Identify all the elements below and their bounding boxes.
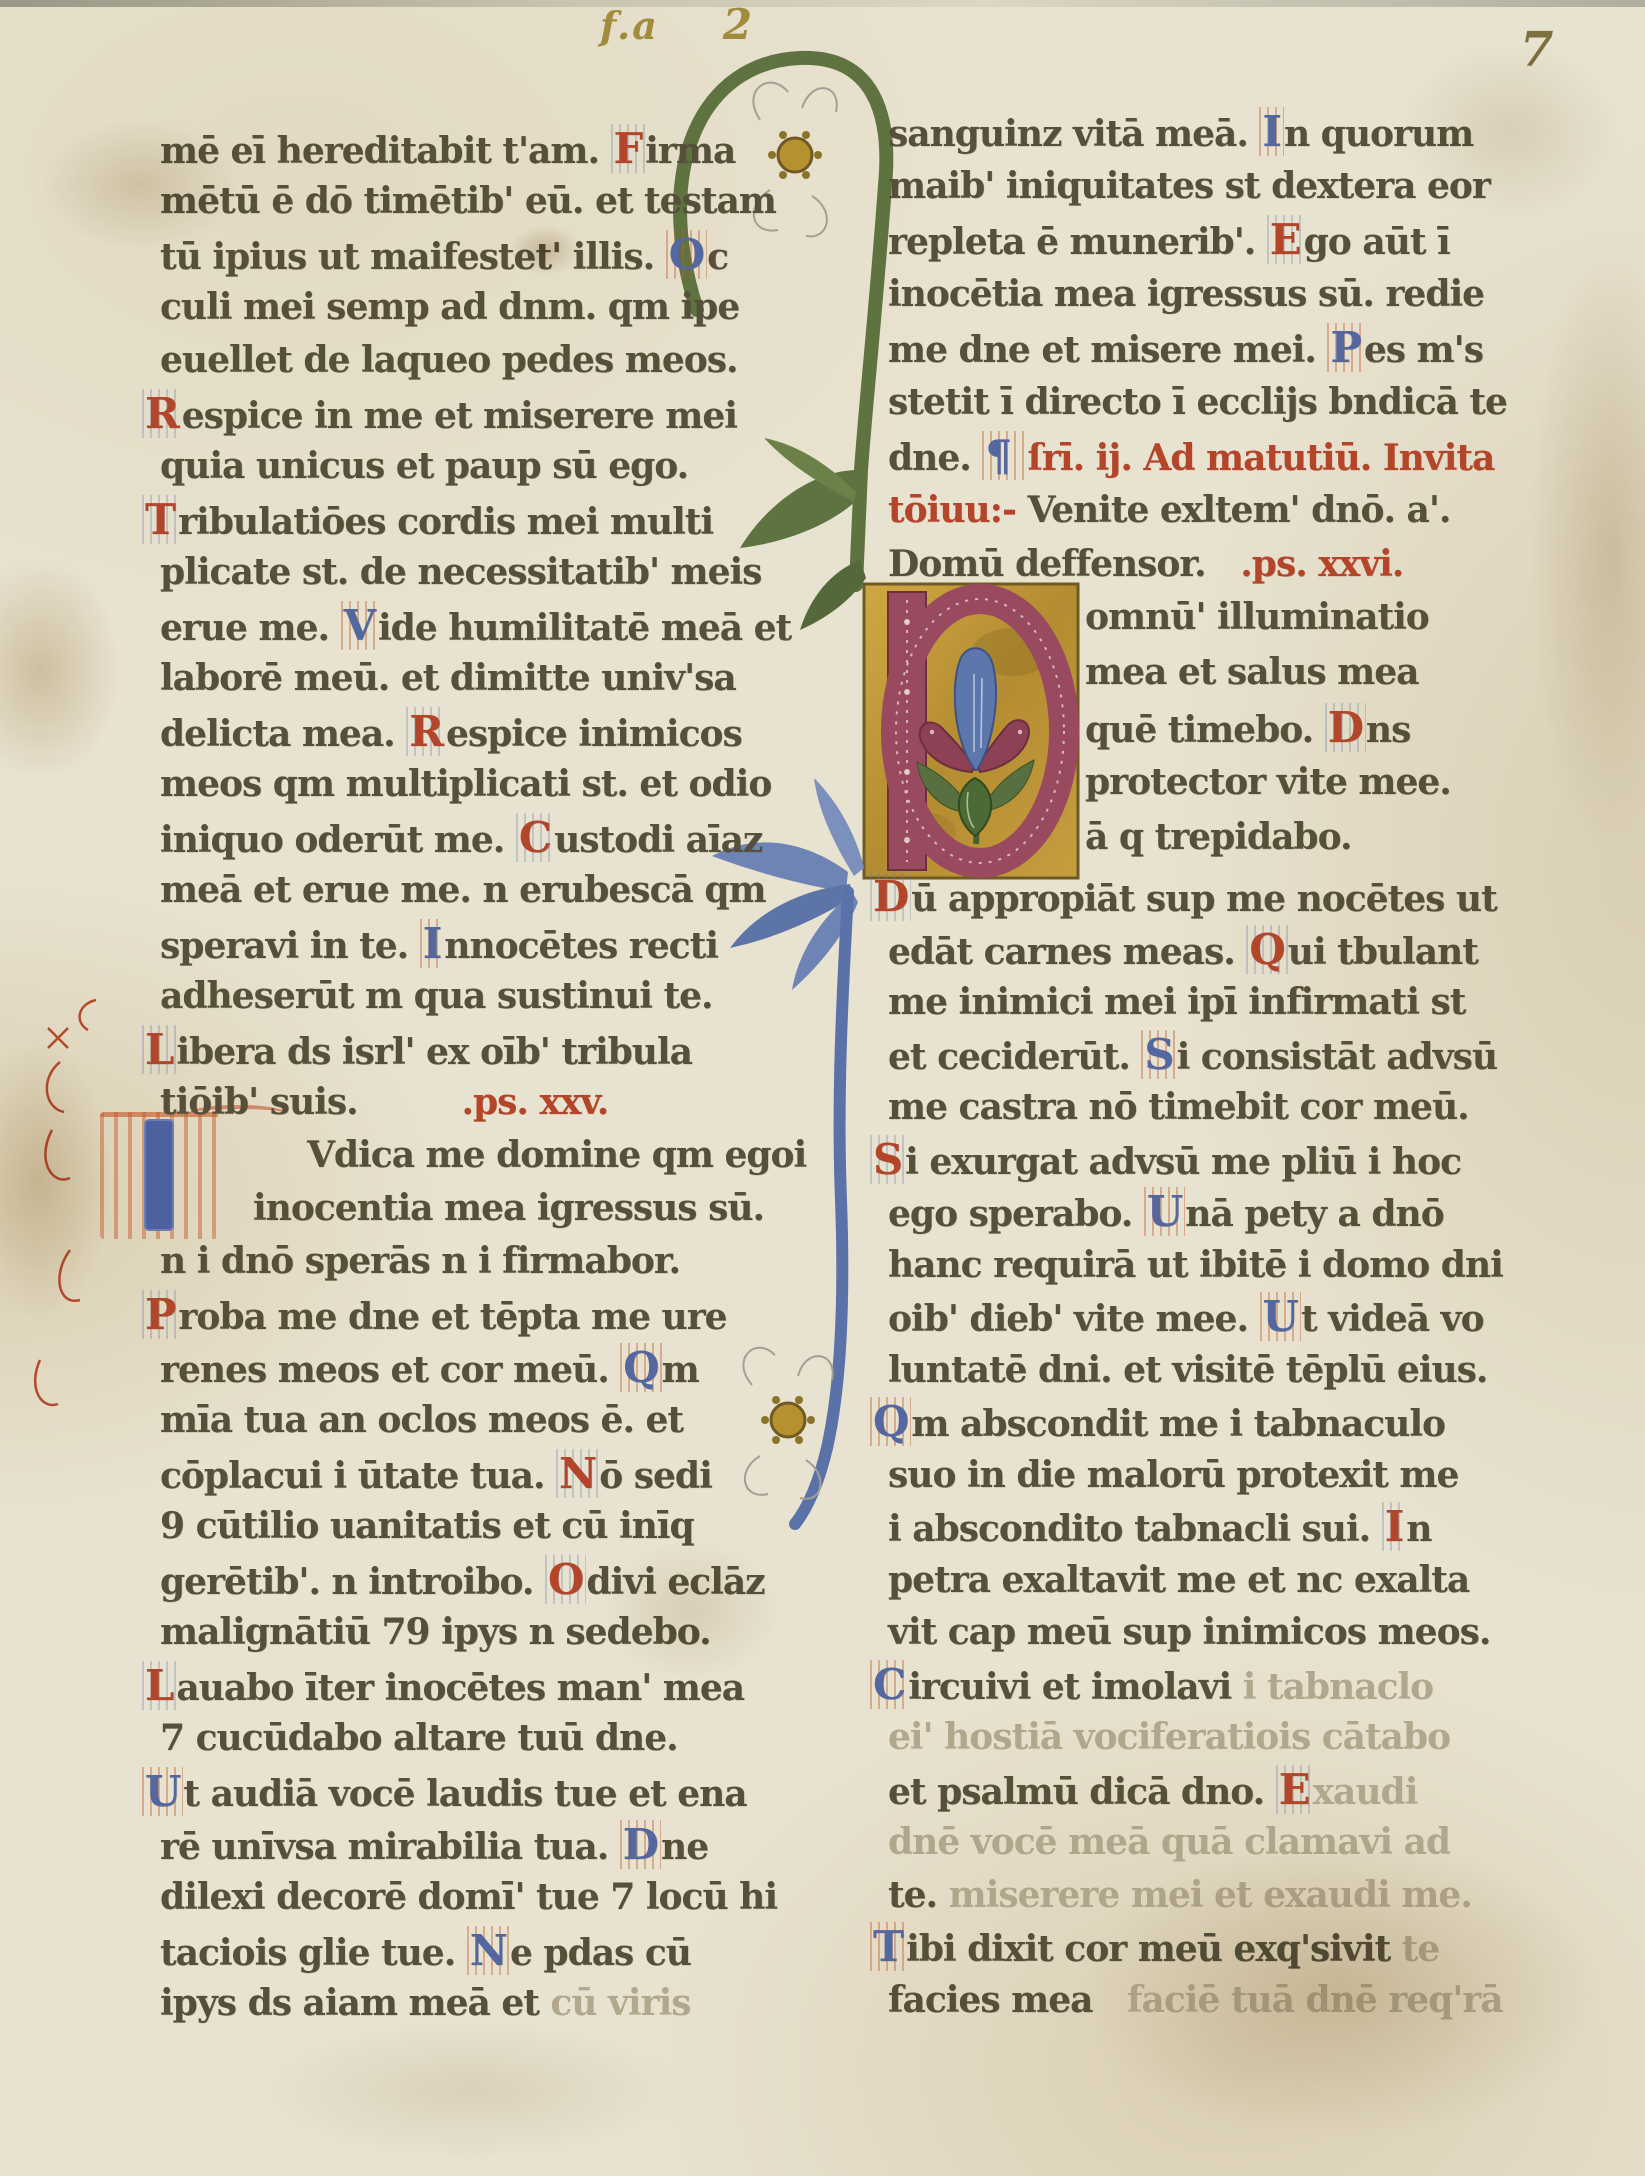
text-line: et psalmū dicā dno. Exaudi [888, 1764, 1558, 1817]
text-segment: maib' iniquitates st dextera eor [888, 165, 1490, 207]
decorated-initial: U [1260, 1292, 1301, 1341]
decorated-initial: N [467, 1926, 510, 1975]
text-segment: ircuivi et imolavi [908, 1666, 1243, 1708]
text-segment: te [1402, 1928, 1440, 1970]
text-segment: laborē meū. et dimitte univ'sa [160, 657, 736, 699]
text-segment: quē timebo. [1085, 709, 1325, 751]
decorated-initial: D [620, 1820, 661, 1869]
text-line: quē timebo. Dns [1085, 700, 1555, 755]
text-segment: ego sperabo. [888, 1193, 1144, 1235]
text-segment: ne [661, 1826, 708, 1868]
text-segment: ibi dixit cor meū exq'sivit [906, 1928, 1402, 1970]
text-segment: 9 cūtilio uanitatis et cū inīq [160, 1505, 694, 1547]
text-segment: nā pety a dnō [1185, 1193, 1443, 1235]
text-segment: cōplacui i ūtate tua. [160, 1455, 556, 1497]
decorated-initial: U [142, 1767, 183, 1816]
text-line: maib' iniquitates st dextera eor [888, 159, 1558, 213]
text-segment: n quorum [1284, 113, 1473, 155]
text-segment: n i dnō sperās n i firmabor. [160, 1240, 680, 1282]
text-segment: xaudi [1313, 1771, 1418, 1813]
text-line: Si exurgat advsū me pliū i hoc [888, 1134, 1558, 1187]
text-segment: te. [888, 1874, 949, 1916]
inscription-mark: f.a [600, 3, 659, 48]
text-segment: malignātiū 79 ipys n sedebo. [160, 1611, 711, 1653]
text-segment: tiōib' suis. [160, 1081, 461, 1123]
text-line: quia unicus et paup sū ego. [160, 440, 820, 493]
text-segment: mīa tua an oclos meos ē. et [160, 1399, 683, 1441]
text-line: mē eī hereditabit t'am. Firma [160, 122, 820, 175]
rubric-text: .ps. xxvi. [1240, 543, 1403, 585]
text-line: meos qm multiplicati st. et odio [160, 758, 820, 811]
text-segment: t videā vo [1301, 1298, 1484, 1340]
text-segment: delicta mea. [160, 713, 406, 755]
text-line: Domū deffensor. .ps. xxvi. [888, 537, 1558, 591]
text-line: petra exaltavit me et nc exalta [888, 1554, 1558, 1607]
text-segment: ns [1366, 709, 1410, 751]
text-line: mētū ē dō timētib' eū. et testam [160, 175, 820, 228]
text-line: iniquo oderūt me. Custodi aīaz [160, 811, 820, 864]
text-segment: espice inimicos [446, 713, 742, 755]
text-segment: es m's [1364, 329, 1483, 371]
text-line: gerētib'. n introibo. Odivi eclāz [160, 1553, 820, 1606]
text-line: Ut audiā vocē laudis tue et ena [160, 1765, 820, 1818]
text-segment: taciois glie tue. [160, 1932, 467, 1974]
text-segment: ō sedi [599, 1455, 712, 1497]
decorated-initial: D [1325, 703, 1366, 752]
text-line: i abscondito tabnacli sui. In [888, 1501, 1558, 1554]
text-segment: m [662, 1349, 699, 1391]
text-line: me castra nō timebit cor meū. [888, 1081, 1558, 1134]
left-text-column: mē eī hereditabit t'am. Firmamētū ē dō t… [160, 122, 820, 2030]
text-segment: meā et erue me. n erubescā qm [160, 869, 766, 911]
text-segment: 7 cucūdabo altare tuū dne. [160, 1717, 678, 1759]
text-line: delicta mea. Respice inimicos [160, 705, 820, 758]
text-segment: suo in die malorū protexit me [888, 1454, 1458, 1496]
text-segment: iniquo oderūt me. [160, 819, 516, 861]
text-line: rē unīvsa mirabilia tua. Dne [160, 1818, 820, 1871]
text-line: Vdica me domine qm egoi [160, 1129, 820, 1182]
text-line: tōiuu:- Venite exltem' dnō. a'. [888, 483, 1558, 537]
text-line: plicate st. de necessitatib' meis [160, 546, 820, 599]
text-segment: ā q trepidabo. [1085, 816, 1352, 858]
text-segment: Venite exltem' dnō. a'. [1027, 489, 1450, 531]
decorated-initial: R [142, 389, 182, 438]
text-segment: mētū ē dō timētib' eū. et testam [160, 180, 776, 222]
text-segment: rē unīvsa mirabilia tua. [160, 1826, 620, 1868]
decorated-initial: C [516, 813, 554, 862]
text-line: Qm abscondit me i tabnaculo [888, 1396, 1558, 1449]
text-segment: auabo īter inocētes man' mea [176, 1667, 744, 1709]
text-segment: hanc requirā ut ibitē i domo dni [888, 1244, 1503, 1286]
text-segment: dne. [888, 437, 982, 479]
text-segment: et psalmū dicā dno. [888, 1771, 1276, 1813]
text-segment: ū appropiāt sup me nocētes ut [911, 878, 1497, 920]
text-line: suo in die malorū protexit me [888, 1449, 1558, 1502]
text-line: me dne et misere mei. Pes m's [888, 321, 1558, 375]
text-segment: i abscondito tabnacli sui. [888, 1508, 1382, 1550]
text-segment: repleta ē munerib'. [888, 221, 1267, 263]
text-segment: adheserūt m qua sustinui te. [160, 975, 713, 1017]
text-line: inocētia mea igressus sū. redie [888, 267, 1558, 321]
text-line: 9 cūtilio uanitatis et cū inīq [160, 1500, 820, 1553]
text-line: Respice in me et miserere mei [160, 387, 820, 440]
text-line: taciois glie tue. Ne pdas cū [160, 1924, 820, 1977]
text-segment: luntatē dni. et visitē tēplū eius. [888, 1349, 1487, 1391]
decorated-initial: P [1327, 323, 1363, 372]
text-line: sanguinz vitā meā. In quorum [888, 105, 1558, 159]
text-line: Tibi dixit cor meū exq'sivit te [888, 1921, 1558, 1974]
text-line: mea et salus mea [1085, 645, 1555, 700]
text-segment: edāt carnes meas. [888, 931, 1246, 973]
text-segment: mea et salus mea [1085, 651, 1419, 693]
text-segment: irma [645, 130, 735, 172]
text-segment: t audiā vocē laudis tue et ena [183, 1773, 746, 1815]
text-segment: inocentia mea igressus sū. [253, 1187, 764, 1229]
decorated-initial: E [1276, 1765, 1313, 1814]
text-segment: Domū deffensor. [888, 543, 1240, 585]
text-line: stetit ī directo ī ecclijs bndicā te [888, 375, 1558, 429]
text-line: euellet de laqueo pedes meos. [160, 334, 820, 387]
text-line: Lauabo īter inocētes man' mea [160, 1659, 820, 1712]
text-segment: tū ipius ut maifestet' illis. [160, 236, 666, 278]
text-segment: me inimici mei ipī infirmati st [888, 981, 1465, 1023]
text-segment: quia unicus et paup sū ego. [160, 445, 688, 487]
text-line: protector vite mee. [1085, 755, 1555, 810]
text-line: cōplacui i ūtate tua. Nō sedi [160, 1447, 820, 1500]
text-line: ipys ds aiam meā et cū viris [160, 1977, 820, 2030]
text-segment: Vdica me domine qm egoi [307, 1134, 806, 1176]
text-line: Circuivi et imolavi i tabnaclo [888, 1659, 1558, 1712]
text-segment: petra exaltavit me et nc exalta [888, 1559, 1469, 1601]
text-segment: miserere mei et exaudi me. [949, 1874, 1472, 1916]
text-line: oib' dieb' vite mee. Ut videā vo [888, 1291, 1558, 1344]
text-segment: erue me. [160, 607, 341, 649]
text-line: me inimici mei ipī infirmati st [888, 976, 1558, 1029]
decorated-initial: L [142, 1661, 176, 1710]
text-segment: n [1406, 1508, 1431, 1550]
text-segment: roba me dne et tēpta me ure [178, 1296, 726, 1338]
text-line: renes meos et cor meū. Qm [160, 1341, 820, 1394]
text-line: meā et erue me. n erubescā qm [160, 864, 820, 917]
text-segment: stetit ī directo ī ecclijs bndicā te [888, 381, 1507, 423]
decorated-initial: N [556, 1449, 599, 1498]
text-line: dilexi decorē domī' tue 7 locū hi [160, 1871, 820, 1924]
decorated-initial: U [1144, 1187, 1185, 1236]
decorated-initial: L [142, 1025, 176, 1074]
text-line: tiōib' suis. .ps. xxv. [160, 1076, 820, 1129]
right-text-column-upper: sanguinz vitā meā. In quorummaib' iniqui… [888, 105, 1558, 591]
text-line: Libera ds isrl' ex oīb' tribula [160, 1023, 820, 1076]
text-segment: ipys ds aiam meā et [160, 1982, 550, 2024]
text-line: Proba me dne et tēpta me ure [160, 1288, 820, 1341]
text-segment: ide humilitatē meā et [378, 607, 791, 649]
decorated-initial: T [142, 495, 178, 544]
manuscript-page: f.a2 7 D [0, 0, 1645, 2176]
text-line: n i dnō sperās n i firmabor. [160, 1235, 820, 1288]
decorated-initial: P [142, 1290, 178, 1339]
text-line: hanc requirā ut ibitē i domo dni [888, 1239, 1558, 1292]
text-segment: plicate st. de necessitatib' meis [160, 551, 761, 593]
text-segment: divi eclāz [586, 1561, 764, 1603]
text-segment: meos qm multiplicati st. et odio [160, 763, 771, 805]
text-line: Dū appropiāt sup me nocētes ut [888, 871, 1558, 924]
text-segment: me castra nō timebit cor meū. [888, 1086, 1469, 1128]
text-segment: ustodi aīaz [554, 819, 762, 861]
decorated-initial: Q [1246, 925, 1287, 974]
text-segment: i tabnaclo [1243, 1666, 1433, 1708]
text-segment: omnū' illuminatio [1085, 596, 1429, 638]
text-segment: vit cap meū sup inimicos meos. [888, 1611, 1490, 1653]
decorated-initial: ¶ [982, 431, 1027, 480]
decorated-initial: E [1267, 215, 1304, 264]
decorated-initial: S [870, 1135, 905, 1184]
text-line: erue me. Vide humilitatē meā et [160, 599, 820, 652]
text-segment: dilexi decorē domī' tue 7 locū hi [160, 1876, 777, 1918]
decorated-initial: R [406, 707, 446, 756]
text-segment: sanguinz vitā meā. [888, 113, 1259, 155]
text-line: vit cap meū sup inimicos meos. [888, 1606, 1558, 1659]
photo-edge [0, 0, 1645, 7]
text-line: mīa tua an oclos meos ē. et [160, 1394, 820, 1447]
text-line: laborē meū. et dimitte univ'sa [160, 652, 820, 705]
text-segment: facies mea [888, 1979, 1127, 2021]
decorated-initial: C [870, 1660, 908, 1709]
text-segment: e pdas cū [510, 1932, 691, 1974]
text-segment: espice in me et miserere mei [182, 395, 737, 437]
stain [260, 2020, 680, 2160]
text-segment: inocētia mea igressus sū. redie [888, 273, 1484, 315]
decorated-initial: D [870, 872, 911, 921]
text-segment: protector vite mee. [1085, 761, 1451, 803]
text-line: Tribulatiōes cordis mei multi [160, 493, 820, 546]
text-segment: me dne et misere mei. [888, 329, 1327, 371]
text-line: speravi in te. Innocētes recti [160, 917, 820, 970]
text-line: inocentia mea igressus sū. [160, 1182, 820, 1235]
text-line: 7 cucūdabo altare tuū dne. [160, 1712, 820, 1765]
decorated-initial: Q [620, 1343, 661, 1392]
text-line: omnū' illuminatio [1085, 590, 1555, 645]
decorated-initial: O [545, 1555, 586, 1604]
text-line: dne. ¶ ſrī. ij. Ad matutiū. Invita [888, 429, 1558, 483]
text-segment: i exurgat advsū me pliū i hoc [905, 1141, 1461, 1183]
text-line: ā q trepidabo. [1085, 810, 1555, 865]
decorated-initial: I [420, 919, 445, 968]
text-line: facies mea faciē tuā dnē req'rā [888, 1974, 1558, 2027]
text-line: repleta ē munerib'. Ego aūt ī [888, 213, 1558, 267]
text-segment: et ceciderūt. [888, 1036, 1141, 1078]
text-segment: m abscondit me i tabnaculo [911, 1403, 1445, 1445]
text-segment: nnocētes recti [444, 925, 718, 967]
text-segment: go aūt ī [1304, 221, 1450, 263]
text-line: dnē vocē meā quā clamavi ad [888, 1816, 1558, 1869]
text-segment: speravi in te. [160, 925, 420, 967]
margin-penwork [35, 1000, 96, 1405]
decorated-initial: I [1382, 1502, 1407, 1551]
text-segment: c [707, 236, 728, 278]
text-segment: ei' hostiā vociferatiois cātabo [888, 1716, 1450, 1758]
initial-D-artwork [862, 582, 1080, 880]
decorated-initial: I [1259, 107, 1284, 156]
text-segment: ibera ds isrl' ex oīb' tribula [176, 1031, 692, 1073]
rubric-text: ſrī. ij. Ad matutiū. Invita [1027, 437, 1494, 479]
decorated-initial: O [666, 230, 707, 279]
text-line: luntatē dni. et visitē tēplū eius. [888, 1344, 1558, 1397]
text-segment: i consistāt advsū [1177, 1036, 1498, 1078]
text-segment: cū viris [550, 1982, 690, 2024]
text-segment: dnē vocē meā quā clamavi ad [888, 1821, 1450, 1863]
decorated-initial: F [611, 124, 646, 173]
text-segment: ui tbulant [1288, 931, 1478, 973]
blue-leaf [814, 778, 864, 876]
decorated-initial: T [870, 1922, 906, 1971]
text-segment: culi mei semp ad dnm. qm ipe [160, 286, 739, 328]
stain [0, 1040, 110, 1320]
text-line: adheserūt m qua sustinui te. [160, 970, 820, 1023]
text-segment: oib' dieb' vite mee. [888, 1298, 1260, 1340]
decorated-initial: Q [870, 1397, 911, 1446]
text-line: ego sperabo. Unā pety a dnō [888, 1186, 1558, 1239]
illuminated-initial-D: D [862, 582, 1080, 880]
inscription-number: 2 [723, 0, 754, 49]
text-segment: renes meos et cor meū. [160, 1349, 620, 1391]
text-segment: faciē tuā dnē req'rā [1127, 1979, 1503, 2021]
text-line: ei' hostiā vociferatiois cātabo [888, 1711, 1558, 1764]
text-line: tū ipius ut maifestet' illis. Oc [160, 228, 820, 281]
text-segment: gerētib'. n introibo. [160, 1561, 545, 1603]
folio-number: 7 [1520, 22, 1553, 78]
rubric-text: .ps. xxv. [461, 1081, 608, 1123]
text-segment: ribulatiōes cordis mei multi [178, 501, 713, 543]
stain [0, 560, 120, 780]
rubric-text: tōiuu:- [888, 489, 1027, 531]
text-segment: euellet de laqueo pedes meos. [160, 339, 738, 381]
right-text-column-lower: Dū appropiāt sup me nocētes utedāt carne… [888, 871, 1558, 2026]
text-line: te. miserere mei et exaudi me. [888, 1869, 1558, 1922]
text-line: edāt carnes meas. Qui tbulant [888, 924, 1558, 977]
top-inscription: f.a2 [600, 0, 754, 49]
right-text-column-beside-initial: omnū' illuminatiomea et salus meaquē tim… [1085, 590, 1555, 865]
text-line: culi mei semp ad dnm. qm ipe [160, 281, 820, 334]
decorated-initial: S [1141, 1030, 1176, 1079]
decorated-initial: V [341, 601, 378, 650]
text-line: malignātiū 79 ipys n sedebo. [160, 1606, 820, 1659]
text-line: et ceciderūt. Si consistāt advsū [888, 1029, 1558, 1082]
text-segment: mē eī hereditabit t'am. [160, 130, 611, 172]
